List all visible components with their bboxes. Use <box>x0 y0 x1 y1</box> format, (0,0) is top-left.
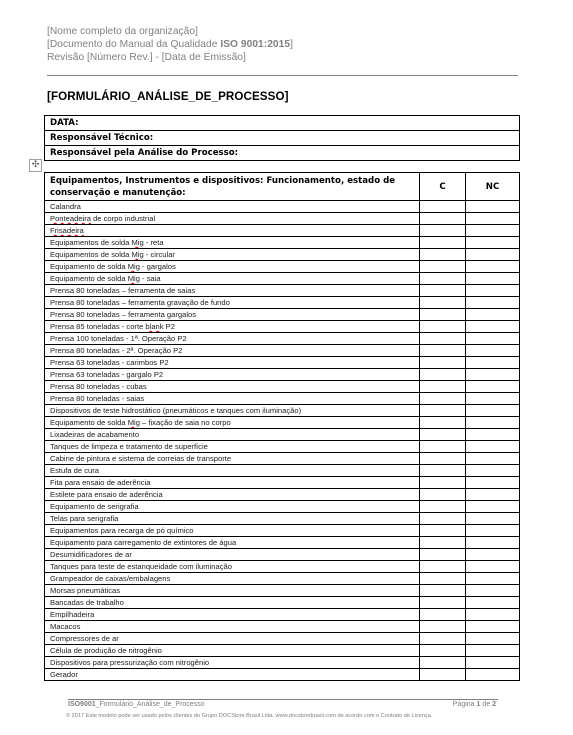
equipment-name[interactable]: Equipamento de solda Mig – fixação de sa… <box>45 417 420 429</box>
nonconforming-cell[interactable] <box>466 669 520 681</box>
nonconforming-cell[interactable] <box>466 357 520 369</box>
conforming-cell[interactable] <box>420 285 466 297</box>
nonconforming-cell[interactable] <box>466 537 520 549</box>
conforming-cell[interactable] <box>420 225 466 237</box>
equipment-name[interactable]: Prensa 80 toneladas – ferramenta de saia… <box>45 285 420 297</box>
conforming-cell[interactable] <box>420 669 466 681</box>
checklist-table: Equipamentos, Instrumentos e dispositivo… <box>44 172 520 681</box>
table-row: Equipamento para carregamento de extinto… <box>45 537 520 549</box>
nonconforming-cell[interactable] <box>466 237 520 249</box>
nonconforming-cell[interactable] <box>466 453 520 465</box>
organization-name[interactable]: [Nome completo da organização] <box>47 25 293 38</box>
nonconforming-cell[interactable] <box>466 609 520 621</box>
nonconforming-cell[interactable] <box>466 657 520 669</box>
equipment-name[interactable]: Equipamento de serigrafia <box>45 501 420 513</box>
info-row: Responsável pela Análise do Processo: <box>45 146 520 161</box>
conforming-cell[interactable] <box>420 645 466 657</box>
table-row: Dispositivos de teste hidrostático (pneu… <box>45 405 520 417</box>
table-row: Estufa de cura <box>45 465 520 477</box>
equipment-name[interactable]: Dispositivos para pressurização com nitr… <box>45 657 420 669</box>
page-of: de <box>480 701 492 708</box>
table-row: Tanques de limpeza e tratamento de super… <box>45 441 520 453</box>
nonconforming-cell[interactable] <box>466 285 520 297</box>
manual-prefix: [Documento do Manual da Qualidade <box>47 39 220 50</box>
nonconforming-cell[interactable] <box>466 645 520 657</box>
equipment-name[interactable]: Calandra <box>45 201 420 213</box>
equipment-name[interactable]: Prensa 100 toneladas - 1ª. Operação P2 <box>45 333 420 345</box>
equipment-name[interactable]: Equipamentos de solda Mig - circular <box>45 249 420 261</box>
conforming-cell[interactable] <box>420 369 466 381</box>
checklist-header-row: Equipamentos, Instrumentos e dispositivo… <box>45 173 520 201</box>
table-row: Equipamento de serigrafia <box>45 501 520 513</box>
equipment-name[interactable]: Ponteadeira de corpo industrial <box>45 213 420 225</box>
conforming-cell[interactable] <box>420 465 466 477</box>
manual-standard: ISO 9001:2015 <box>220 39 290 50</box>
conforming-cell[interactable] <box>420 405 466 417</box>
checklist-header-nc: NC <box>466 173 520 201</box>
nonconforming-cell[interactable] <box>466 597 520 609</box>
conforming-cell[interactable] <box>420 249 466 261</box>
equipment-name[interactable]: Fita para ensaio de aderência <box>45 477 420 489</box>
table-row: Prensa 63 toneladas - carimbos P2 <box>45 357 520 369</box>
conforming-cell[interactable] <box>420 537 466 549</box>
equipment-name[interactable]: Lixadeiras de acabamento <box>45 429 420 441</box>
equipment-name[interactable]: Grampeador de caixas/embalagens <box>45 573 420 585</box>
table-row: Prensa 80 toneladas – ferramenta gravaçã… <box>45 297 520 309</box>
nonconforming-cell[interactable] <box>466 573 520 585</box>
conforming-cell[interactable] <box>420 633 466 645</box>
nonconforming-cell[interactable] <box>466 273 520 285</box>
checklist-header-c: C <box>420 173 466 201</box>
conforming-cell[interactable] <box>420 321 466 333</box>
table-row: Empilhadeira <box>45 609 520 621</box>
equipment-name[interactable]: Prensa 63 toneladas - gargalo P2 <box>45 369 420 381</box>
equipment-name[interactable]: Desumidificadores de ar <box>45 549 420 561</box>
conforming-cell[interactable] <box>420 309 466 321</box>
equipment-name[interactable]: Equipamento de solda Mig - gargalos <box>45 261 420 273</box>
table-row: Cabine de pintura e sistema de correias … <box>45 453 520 465</box>
nonconforming-cell[interactable] <box>466 321 520 333</box>
conforming-cell[interactable] <box>420 597 466 609</box>
conforming-cell[interactable] <box>420 345 466 357</box>
info-row: DATA: <box>45 116 520 131</box>
table-row: Prensa 80 toneladas - saias <box>45 393 520 405</box>
table-row: Prensa 100 toneladas - 1ª. Operação P2 <box>45 333 520 345</box>
equipment-name[interactable]: Prensa 80 toneladas - cubas <box>45 381 420 393</box>
equipment-name[interactable]: Célula de produção de nitrogênio <box>45 645 420 657</box>
table-row: Prensa 85 toneladas - corte blank P2 <box>45 321 520 333</box>
nonconforming-cell[interactable] <box>466 525 520 537</box>
conforming-cell[interactable] <box>420 429 466 441</box>
checklist-header-item: Equipamentos, Instrumentos e dispositivo… <box>45 173 420 201</box>
nonconforming-cell[interactable] <box>466 489 520 501</box>
table-row: Prensa 80 toneladas - cubas <box>45 381 520 393</box>
document-header: [Nome completo da organização] [Document… <box>47 25 293 64</box>
nonconforming-cell[interactable] <box>466 297 520 309</box>
info-row: Responsável Técnico: <box>45 131 520 146</box>
table-row: Prensa 63 toneladas - gargalo P2 <box>45 369 520 381</box>
conforming-cell[interactable] <box>420 609 466 621</box>
conforming-cell[interactable] <box>420 441 466 453</box>
nonconforming-cell[interactable] <box>466 549 520 561</box>
nonconforming-cell[interactable] <box>466 417 520 429</box>
nonconforming-cell[interactable] <box>466 513 520 525</box>
nonconforming-cell[interactable] <box>466 441 520 453</box>
form-title[interactable]: [FORMULÁRIO_ANÁLISE_DE_PROCESSO] <box>47 90 289 103</box>
footer-doc-name: ISO9001_Formulário_Análise_de_Processo <box>68 701 205 708</box>
nonconforming-cell[interactable] <box>466 621 520 633</box>
conforming-cell[interactable] <box>420 381 466 393</box>
conforming-cell[interactable] <box>420 549 466 561</box>
nonconforming-cell[interactable] <box>466 213 520 225</box>
revision-line[interactable]: Revisão [Número Rev.] - [Data de Emissão… <box>47 51 293 64</box>
table-row: Compressores de ar <box>45 633 520 645</box>
conforming-cell[interactable] <box>420 261 466 273</box>
conforming-cell[interactable] <box>420 561 466 573</box>
equipment-name[interactable]: Cabine de pintura e sistema de correias … <box>45 453 420 465</box>
table-row: Tanques para teste de estanqueidade com … <box>45 561 520 573</box>
equipment-name[interactable]: Dispositivos de teste hidrostático (pneu… <box>45 405 420 417</box>
conforming-cell[interactable] <box>420 357 466 369</box>
footer-doc-title: _Formulário_Análise_de_Processo <box>96 701 205 708</box>
conforming-cell[interactable] <box>420 237 466 249</box>
table-row: Bancadas de trabalho <box>45 597 520 609</box>
table-row: Equipamento de solda Mig - saia <box>45 273 520 285</box>
conforming-cell[interactable] <box>420 585 466 597</box>
table-row: Ponteadeira de corpo industrial <box>45 213 520 225</box>
move-arrows-icon[interactable]: ✣ <box>29 159 42 172</box>
equipment-name[interactable]: Tanques de limpeza e tratamento de super… <box>45 441 420 453</box>
conforming-cell[interactable] <box>420 513 466 525</box>
equipment-name[interactable]: Compressores de ar <box>45 633 420 645</box>
table-row: Dispositivos para pressurização com nitr… <box>45 657 520 669</box>
footer-page-number: Página 1 de 2 <box>453 701 496 708</box>
manual-line[interactable]: [Documento do Manual da Qualidade ISO 90… <box>47 38 293 51</box>
equipment-name[interactable]: Prensa 80 toneladas - saias <box>45 393 420 405</box>
nonconforming-cell[interactable] <box>466 201 520 213</box>
footer-copyright: © 2017 Este modelo pode ser usado pelos … <box>66 713 432 719</box>
equipment-name[interactable]: Prensa 80 toneladas - 2ª. Operação P2 <box>45 345 420 357</box>
nonconforming-cell[interactable] <box>466 429 520 441</box>
conforming-cell[interactable] <box>420 393 466 405</box>
table-row: Equipamentos para recarga de pó químico <box>45 525 520 537</box>
conforming-cell[interactable] <box>420 273 466 285</box>
conforming-cell[interactable] <box>420 213 466 225</box>
conforming-cell[interactable] <box>420 621 466 633</box>
table-row: Prensa 80 toneladas – ferramenta de saia… <box>45 285 520 297</box>
table-row: Equipamento de solda Mig – fixação de sa… <box>45 417 520 429</box>
conforming-cell[interactable] <box>420 573 466 585</box>
conforming-cell[interactable] <box>420 453 466 465</box>
nonconforming-cell[interactable] <box>466 333 520 345</box>
equipment-name[interactable]: Macacos <box>45 621 420 633</box>
nonconforming-cell[interactable] <box>466 405 520 417</box>
equipment-name[interactable]: Gerador <box>45 669 420 681</box>
nonconforming-cell[interactable] <box>466 225 520 237</box>
nonconforming-cell[interactable] <box>466 501 520 513</box>
table-row: Calandra <box>45 201 520 213</box>
table-row: Fita para ensaio de aderência <box>45 477 520 489</box>
equipment-name[interactable]: Empilhadeira <box>45 609 420 621</box>
equipment-name[interactable]: Bancadas de trabalho <box>45 597 420 609</box>
table-row: Prensa 80 toneladas - 2ª. Operação P2 <box>45 345 520 357</box>
equipment-name[interactable]: Estufa de cura <box>45 465 420 477</box>
equipment-name[interactable]: Equipamento para carregamento de extinto… <box>45 537 420 549</box>
nonconforming-cell[interactable] <box>466 585 520 597</box>
table-row: Célula de produção de nitrogênio <box>45 645 520 657</box>
equipment-name[interactable]: Prensa 63 toneladas - carimbos P2 <box>45 357 420 369</box>
table-row: Morsas pneumáticas <box>45 585 520 597</box>
table-row: Equipamentos de solda Mig - reta <box>45 237 520 249</box>
table-row: Prensa 80 toneladas – ferramenta gargalo… <box>45 309 520 321</box>
equipment-name[interactable]: Tanques para teste de estanqueidade com … <box>45 561 420 573</box>
equipment-name[interactable]: Equipamentos de solda Mig - reta <box>45 237 420 249</box>
nonconforming-cell[interactable] <box>466 477 520 489</box>
table-row: Equipamento de solda Mig - gargalos <box>45 261 520 273</box>
equipment-name[interactable]: Prensa 80 toneladas – ferramenta gargalo… <box>45 309 420 321</box>
equipment-name[interactable]: Prensa 85 toneladas - corte blank P2 <box>45 321 420 333</box>
footer-divider <box>68 699 498 700</box>
conforming-cell[interactable] <box>420 501 466 513</box>
table-row: Telas para serigrafia <box>45 513 520 525</box>
table-row: Frisadeira <box>45 225 520 237</box>
info-field[interactable]: Responsável Técnico: <box>45 131 520 146</box>
info-table: DATA:Responsável Técnico:Responsável pel… <box>44 115 520 161</box>
nonconforming-cell[interactable] <box>466 561 520 573</box>
equipment-name[interactable]: Estilete para ensaio de aderência <box>45 489 420 501</box>
conforming-cell[interactable] <box>420 417 466 429</box>
page-label: Página <box>453 701 477 708</box>
equipment-name[interactable]: Frisadeira <box>45 225 420 237</box>
nonconforming-cell[interactable] <box>466 381 520 393</box>
nonconforming-cell[interactable] <box>466 393 520 405</box>
equipment-name[interactable]: Telas para serigrafia <box>45 513 420 525</box>
table-row: Equipamentos de solda Mig - circular <box>45 249 520 261</box>
nonconforming-cell[interactable] <box>466 465 520 477</box>
table-row: Grampeador de caixas/embalagens <box>45 573 520 585</box>
info-field[interactable]: DATA: <box>45 116 520 131</box>
page-total: 2 <box>492 701 496 708</box>
nonconforming-cell[interactable] <box>466 633 520 645</box>
header-divider <box>47 75 518 76</box>
conforming-cell[interactable] <box>420 525 466 537</box>
equipment-name[interactable]: Morsas pneumáticas <box>45 585 420 597</box>
conforming-cell[interactable] <box>420 201 466 213</box>
table-row: Lixadeiras de acabamento <box>45 429 520 441</box>
equipment-name[interactable]: Prensa 80 toneladas – ferramenta gravaçã… <box>45 297 420 309</box>
nonconforming-cell[interactable] <box>466 249 520 261</box>
conforming-cell[interactable] <box>420 489 466 501</box>
conforming-cell[interactable] <box>420 297 466 309</box>
conforming-cell[interactable] <box>420 333 466 345</box>
nonconforming-cell[interactable] <box>466 261 520 273</box>
table-row: Desumidificadores de ar <box>45 549 520 561</box>
equipment-name[interactable]: Equipamento de solda Mig - saia <box>45 273 420 285</box>
table-row: Estilete para ensaio de aderência <box>45 489 520 501</box>
table-row: Gerador <box>45 669 520 681</box>
info-field[interactable]: Responsável pela Análise do Processo: <box>45 146 520 161</box>
manual-suffix: ] <box>290 39 293 50</box>
conforming-cell[interactable] <box>420 477 466 489</box>
nonconforming-cell[interactable] <box>466 345 520 357</box>
nonconforming-cell[interactable] <box>466 369 520 381</box>
nonconforming-cell[interactable] <box>466 309 520 321</box>
conforming-cell[interactable] <box>420 657 466 669</box>
footer-doc-code: ISO9001 <box>68 701 96 708</box>
equipment-name[interactable]: Equipamentos para recarga de pó químico <box>45 525 420 537</box>
table-row: Macacos <box>45 621 520 633</box>
